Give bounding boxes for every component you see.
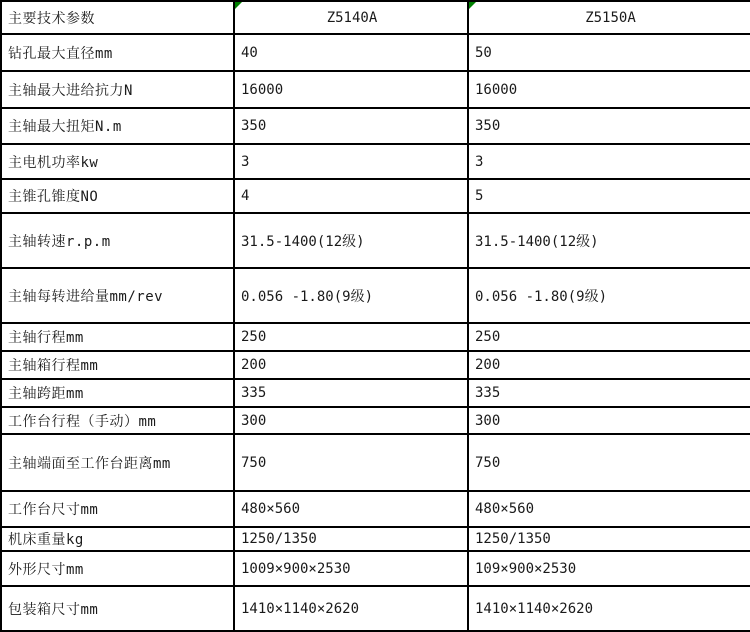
cell-corner-flag-icon [235,2,242,9]
value-cell: 3 [234,144,468,179]
param-label-cell: 工作台行程（手动）mm [1,407,234,434]
value-cell: 300 [468,407,750,434]
value-cell: 16000 [468,71,750,108]
table-row: 机床重量kg 1250/1350 1250/1350 [1,527,750,551]
table-row: 主轴最大进给抗力N 16000 16000 [1,71,750,108]
param-label-cell: 主轴跨距mm [1,379,234,407]
table-row: 主轴每转进给量mm/rev 0.056 -1.80(9级) 0.056 -1.8… [1,268,750,323]
param-label-cell: 钻孔最大直径mm [1,34,234,71]
table-row: 主轴端面至工作台距离mm 750 750 [1,434,750,491]
param-label-cell: 机床重量kg [1,527,234,551]
param-label-cell: 主轴最大扭矩N.m [1,108,234,144]
value-cell: 350 [234,108,468,144]
value-cell: 200 [234,351,468,379]
value-cell: 4 [234,179,468,213]
value-cell: 50 [468,34,750,71]
table-title: 主要技术参数 [1,1,234,34]
header-row: 主要技术参数 Z5140A Z5150A [1,1,750,34]
value-cell: 1250/1350 [468,527,750,551]
param-label-cell: 主轴每转进给量mm/rev [1,268,234,323]
value-cell: 5 [468,179,750,213]
value-cell: 0.056 -1.80(9级) [468,268,750,323]
value-cell: 250 [468,323,750,351]
param-label-cell: 主轴端面至工作台距离mm [1,434,234,491]
value-cell: 250 [234,323,468,351]
model-header-label: Z5140A [327,10,378,26]
value-cell: 0.056 -1.80(9级) [234,268,468,323]
param-label-cell: 主锥孔锥度NO [1,179,234,213]
param-label-cell: 包装箱尺寸mm [1,586,234,631]
model-header-label: Z5150A [585,10,636,26]
value-cell: 40 [234,34,468,71]
value-cell: 1250/1350 [234,527,468,551]
table-row: 工作台行程（手动）mm 300 300 [1,407,750,434]
value-cell: 1410×1140×2620 [468,586,750,631]
model-header-z5140a: Z5140A [234,1,468,34]
value-cell: 335 [234,379,468,407]
value-cell: 480×560 [234,491,468,527]
value-cell: 31.5-1400(12级) [468,213,750,268]
model-header-z5150a: Z5150A [468,1,750,34]
table-row: 主电机功率kw 3 3 [1,144,750,179]
param-label-cell: 工作台尺寸mm [1,491,234,527]
table-row: 外形尺寸mm 1009×900×2530 109×900×2530 [1,551,750,586]
table-row: 主锥孔锥度NO 4 5 [1,179,750,213]
param-label-cell: 主电机功率kw [1,144,234,179]
param-label-cell: 外形尺寸mm [1,551,234,586]
param-label-cell: 主轴行程mm [1,323,234,351]
value-cell: 300 [234,407,468,434]
param-label-cell: 主轴最大进给抗力N [1,71,234,108]
value-cell: 1410×1140×2620 [234,586,468,631]
table-row: 包装箱尺寸mm 1410×1140×2620 1410×1140×2620 [1,586,750,631]
value-cell: 16000 [234,71,468,108]
table-row: 主轴跨距mm 335 335 [1,379,750,407]
value-cell: 335 [468,379,750,407]
param-label-cell: 主轴转速r.p.m [1,213,234,268]
value-cell: 1009×900×2530 [234,551,468,586]
cell-corner-flag-icon [469,2,476,9]
value-cell: 480×560 [468,491,750,527]
value-cell: 31.5-1400(12级) [234,213,468,268]
spec-table: 主要技术参数 Z5140A Z5150A 钻孔最大直径mm 40 50 主轴最大… [0,0,750,632]
table-row: 工作台尺寸mm 480×560 480×560 [1,491,750,527]
value-cell: 750 [468,434,750,491]
table-row: 主轴箱行程mm 200 200 [1,351,750,379]
table-row: 主轴最大扭矩N.m 350 350 [1,108,750,144]
param-label-cell: 主轴箱行程mm [1,351,234,379]
value-cell: 750 [234,434,468,491]
value-cell: 3 [468,144,750,179]
value-cell: 109×900×2530 [468,551,750,586]
value-cell: 200 [468,351,750,379]
table-row: 主轴转速r.p.m 31.5-1400(12级) 31.5-1400(12级) [1,213,750,268]
value-cell: 350 [468,108,750,144]
table-row: 主轴行程mm 250 250 [1,323,750,351]
table-row: 钻孔最大直径mm 40 50 [1,34,750,71]
